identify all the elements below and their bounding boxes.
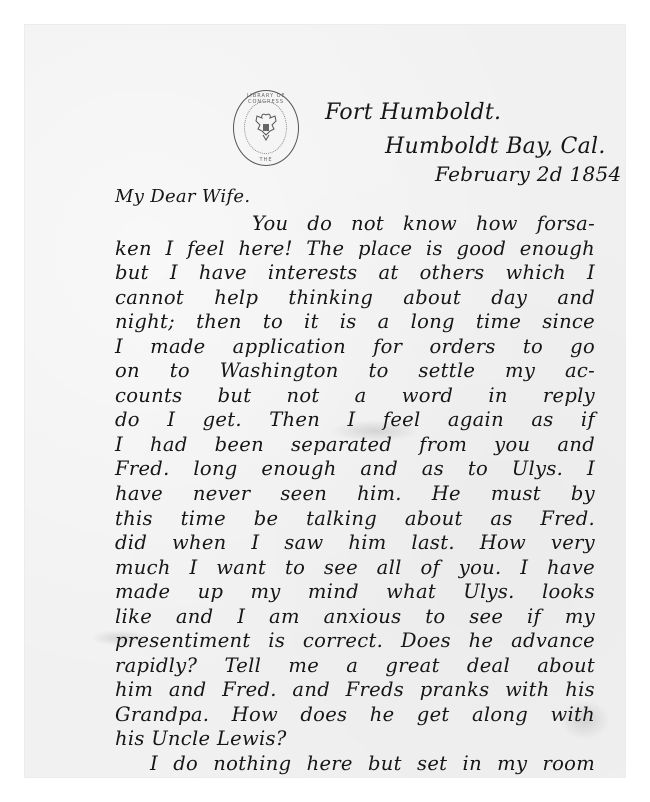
body-line: counts but not a word in reply: [115, 384, 595, 407]
body-line: I made application for orders to go: [115, 335, 595, 358]
body-line: You do not know how forsa-: [252, 212, 595, 235]
body-line: ken I feel here! The place is good enoug…: [115, 237, 595, 260]
body-line: I had been separated from you and: [115, 433, 595, 456]
library-seal-icon: LIBRARY OF CONGRESS THE: [233, 90, 299, 166]
body-line: Grandpa. How does he get along with: [115, 703, 595, 726]
body-line: his Uncle Lewis?: [115, 727, 595, 750]
body-line: did when I saw him last. How very: [115, 531, 595, 554]
body-line: have never seen him. He must by: [115, 482, 595, 505]
heading-date: February 2d 1854: [435, 162, 622, 186]
seal-bottom-text: THE: [234, 157, 298, 163]
salutation: My Dear Wife.: [115, 186, 250, 207]
body-line: much I want to see all of you. I have: [115, 556, 595, 579]
body-line: cannot help thinking about day and: [115, 286, 595, 309]
body-line: on to Washington to settle my ac-: [115, 359, 595, 382]
body-line: I do nothing here but set in my room: [150, 752, 595, 775]
body-line: Fred. long enough and as to Ulys. I: [115, 457, 595, 480]
eagle-icon: [253, 111, 279, 143]
body-line: like and I am anxious to see if my: [115, 605, 595, 628]
body-line: night; then to it is a long time since: [115, 310, 595, 333]
body-line: but I have interests at others which I: [115, 261, 595, 284]
body-line: do I get. Then I feel again as if: [115, 408, 595, 431]
body-line: rapidly? Tell me a great deal about: [115, 654, 595, 677]
body-line: made up my mind what Ulys. looks: [115, 580, 595, 603]
body-line-with-strikethrough: presentiment is correct. Does he advance: [115, 629, 595, 652]
body-line: him and Fred. and Freds pranks with his: [115, 678, 595, 701]
heading-place: Fort Humboldt.: [325, 100, 501, 125]
body-line: this time be talking about as Fred.: [115, 507, 595, 530]
heading-location: Humboldt Bay, Cal.: [385, 134, 606, 159]
